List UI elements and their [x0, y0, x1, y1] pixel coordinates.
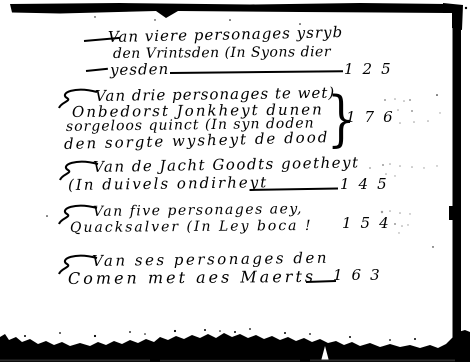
entry-number: 163 — [333, 268, 389, 283]
scan-bottom-line — [0, 360, 150, 362]
scan-border-bottom — [0, 330, 470, 362]
entry-number: 145 — [340, 177, 396, 192]
scan-bottom-line — [310, 360, 455, 362]
entry-number: 176 — [346, 110, 402, 125]
scan-bottom-line — [160, 360, 300, 362]
entry-line: den Vrintsden (In Syons dier — [113, 45, 331, 61]
scan-border-top — [10, 3, 447, 18]
entry-line: Comen met aes Maerts — [68, 269, 316, 287]
entry-number: 125 — [344, 62, 400, 77]
entry-line: Van five personages aey, — [93, 202, 303, 219]
manuscript-scan-page: Van viere personages ysryb den Vrintsden… — [0, 0, 470, 362]
scan-border-right-blob — [449, 206, 454, 220]
entry-line: (In duivels ondirheyt — [68, 175, 268, 193]
entry-number: 154 — [342, 216, 398, 231]
entry-line: Quacksalver (In Ley boca ! — [70, 219, 313, 235]
entry-line: yesden — [110, 62, 169, 78]
scan-border-right — [453, 6, 462, 356]
